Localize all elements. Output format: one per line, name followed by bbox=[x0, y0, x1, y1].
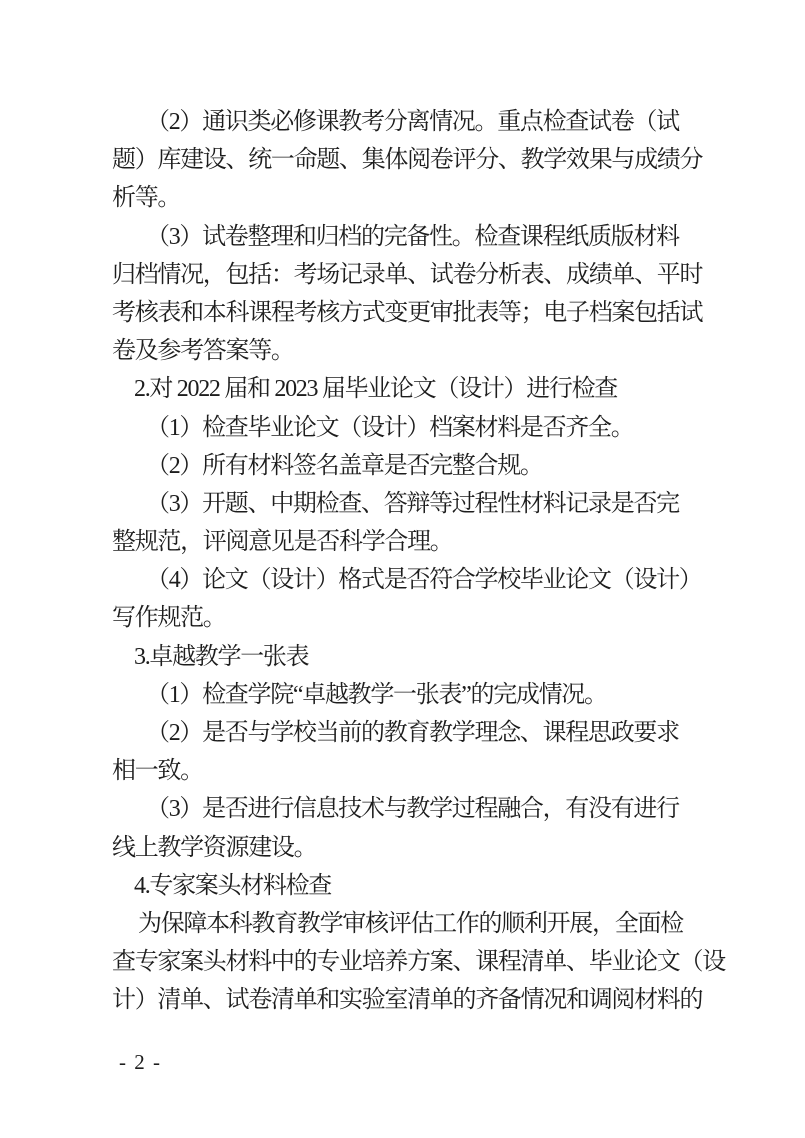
text-line: 4.专家案头材料检查 bbox=[112, 867, 708, 905]
text-line: （1）检查毕业论文（设计）档案材料是否齐全。 bbox=[112, 409, 708, 447]
text-line: 整规范，评阅意见是否科学合理。 bbox=[112, 523, 708, 561]
text-line: （2）是否与学校当前的教育教学理念、课程思政要求 bbox=[112, 714, 708, 752]
document-page: （2）通识类必修课教考分离情况。重点检查试卷（试题）库建设、统一命题、集体阅卷评… bbox=[0, 0, 805, 1138]
text-line: 线上教学资源建设。 bbox=[112, 829, 708, 867]
text-line: 析等。 bbox=[112, 179, 708, 217]
page-number: - 2 - bbox=[119, 1050, 162, 1075]
text-line: （3）是否进行信息技术与教学过程融合，有没有进行 bbox=[112, 790, 708, 828]
text-line: 题）库建设、统一命题、集体阅卷评分、教学效果与成绩分 bbox=[112, 141, 708, 179]
text-line: （1）检查学院“卓越教学一张表”的完成情况。 bbox=[112, 676, 708, 714]
text-line: 卷及参考答案等。 bbox=[112, 332, 708, 370]
text-line: 计）清单、试卷清单和实验室清单的齐备情况和调阅材料的 bbox=[112, 981, 708, 1019]
text-line: 相一致。 bbox=[112, 752, 708, 790]
text-line: 查专家案头材料中的专业培养方案、课程清单、毕业论文（设 bbox=[112, 943, 708, 981]
text-line: 归档情况，包括：考场记录单、试卷分析表、成绩单、平时 bbox=[112, 256, 708, 294]
text-line: （4）论文（设计）格式是否符合学校毕业论文（设计） bbox=[112, 561, 708, 599]
text-line: （2）所有材料签名盖章是否完整合规。 bbox=[112, 447, 708, 485]
document-body: （2）通识类必修课教考分离情况。重点检查试卷（试题）库建设、统一命题、集体阅卷评… bbox=[112, 103, 708, 1020]
text-line: （3）开题、中期检查、答辩等过程性材料记录是否完 bbox=[112, 485, 708, 523]
text-line: 2.对 2022 届和 2023 届毕业论文（设计）进行检查 bbox=[112, 370, 708, 408]
text-line: （3）试卷整理和归档的完备性。检查课程纸质版材料 bbox=[112, 218, 708, 256]
text-line: 考核表和本科课程考核方式变更审批表等；电子档案包括试 bbox=[112, 294, 708, 332]
text-line: 3.卓越教学一张表 bbox=[112, 638, 708, 676]
text-line: 写作规范。 bbox=[112, 599, 708, 637]
text-line: （2）通识类必修课教考分离情况。重点检查试卷（试 bbox=[112, 103, 708, 141]
text-line: 为保障本科教育教学审核评估工作的顺利开展，全面检 bbox=[112, 905, 708, 943]
